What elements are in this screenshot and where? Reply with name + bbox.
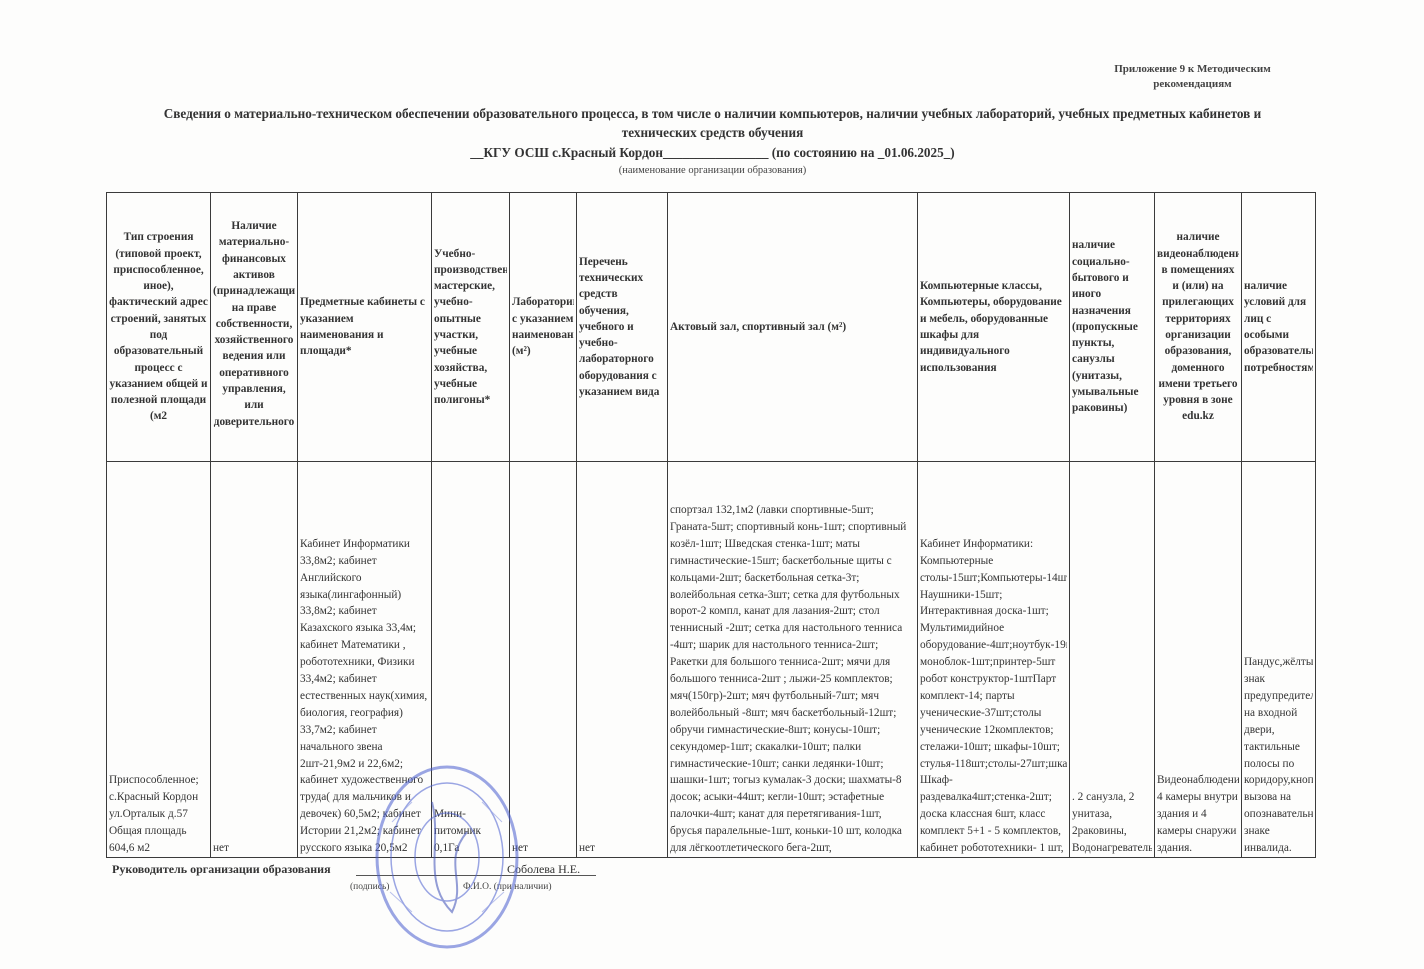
equipment-table: Тип строения (типовой проект, приспособл…	[106, 192, 1316, 858]
col-header-workshops: Учебно-производственные мастерские, учеб…	[432, 193, 510, 462]
cell-laboratories: нет	[510, 462, 577, 858]
organization-caption: (наименование организации образования)	[130, 165, 1295, 176]
table-row: Приспособленное; с.Красный Кордон ул.Орт…	[107, 462, 1316, 858]
signer-name: Соболева Н.Е.	[507, 862, 580, 877]
cell-subject-rooms: Кабинет Информатики 33,8м2; кабинет Англ…	[298, 462, 432, 858]
cell-assets: нет	[211, 462, 298, 858]
col-header-video-surveillance: наличие видеонаблюдения в помещениях и (…	[1155, 193, 1242, 462]
cell-halls: спортзал 132,1м2 (лавки спортивные-5шт; …	[668, 462, 918, 858]
col-header-computer-classes: Компьютерные классы, Компьютеры, оборудо…	[918, 193, 1070, 462]
cell-workshops: Мини-питомник 0,1Га	[432, 462, 510, 858]
col-header-halls: Актовый зал, спортивный зал (м²)	[668, 193, 918, 462]
col-header-technical-means: Перечень технических средств обучения, у…	[577, 193, 668, 462]
col-header-subject-rooms: Предметные кабинеты с указанием наименов…	[298, 193, 432, 462]
col-header-laboratories: Лаборатории с указанием наименования* (м…	[510, 193, 577, 462]
document-title: Сведения о материально-техническом обесп…	[130, 104, 1295, 142]
head-of-organization-label: Руководитель организации образования	[112, 862, 331, 877]
cell-video-surveillance: Видеонаблюдение: 4 камеры внутри здания …	[1155, 462, 1242, 858]
cell-social-facilities: . 2 санузла, 2 унитаза, 2раковины, Водон…	[1070, 462, 1155, 858]
cell-computer-classes: Кабинет Информатики: Компьютерные столы-…	[918, 462, 1070, 858]
col-header-building: Тип строения (типовой проект, приспособл…	[107, 193, 211, 462]
cell-building: Приспособленное; с.Красный Кордон ул.Орт…	[107, 462, 211, 858]
table-header-row: Тип строения (типовой проект, приспособл…	[107, 193, 1316, 462]
col-header-assets: Наличие материально-финансовых активов (…	[211, 193, 298, 462]
fio-caption: Ф.И.О. (при наличии)	[463, 882, 552, 892]
cell-special-needs: Пандус,жёлтый знак предупредительный на …	[1242, 462, 1316, 858]
col-header-social-facilities: наличие социально-бытового и иного назна…	[1070, 193, 1155, 462]
appendix-note: Приложение 9 к Методическим рекомендация…	[1090, 62, 1295, 92]
organization-line: __КГУ ОСШ с.Красный Кордон______________…	[130, 145, 1295, 161]
signature-caption: (подпись)	[350, 882, 389, 892]
cell-technical-means: нет	[577, 462, 668, 858]
col-header-special-needs: наличие условий для лиц с особыми образо…	[1242, 193, 1316, 462]
